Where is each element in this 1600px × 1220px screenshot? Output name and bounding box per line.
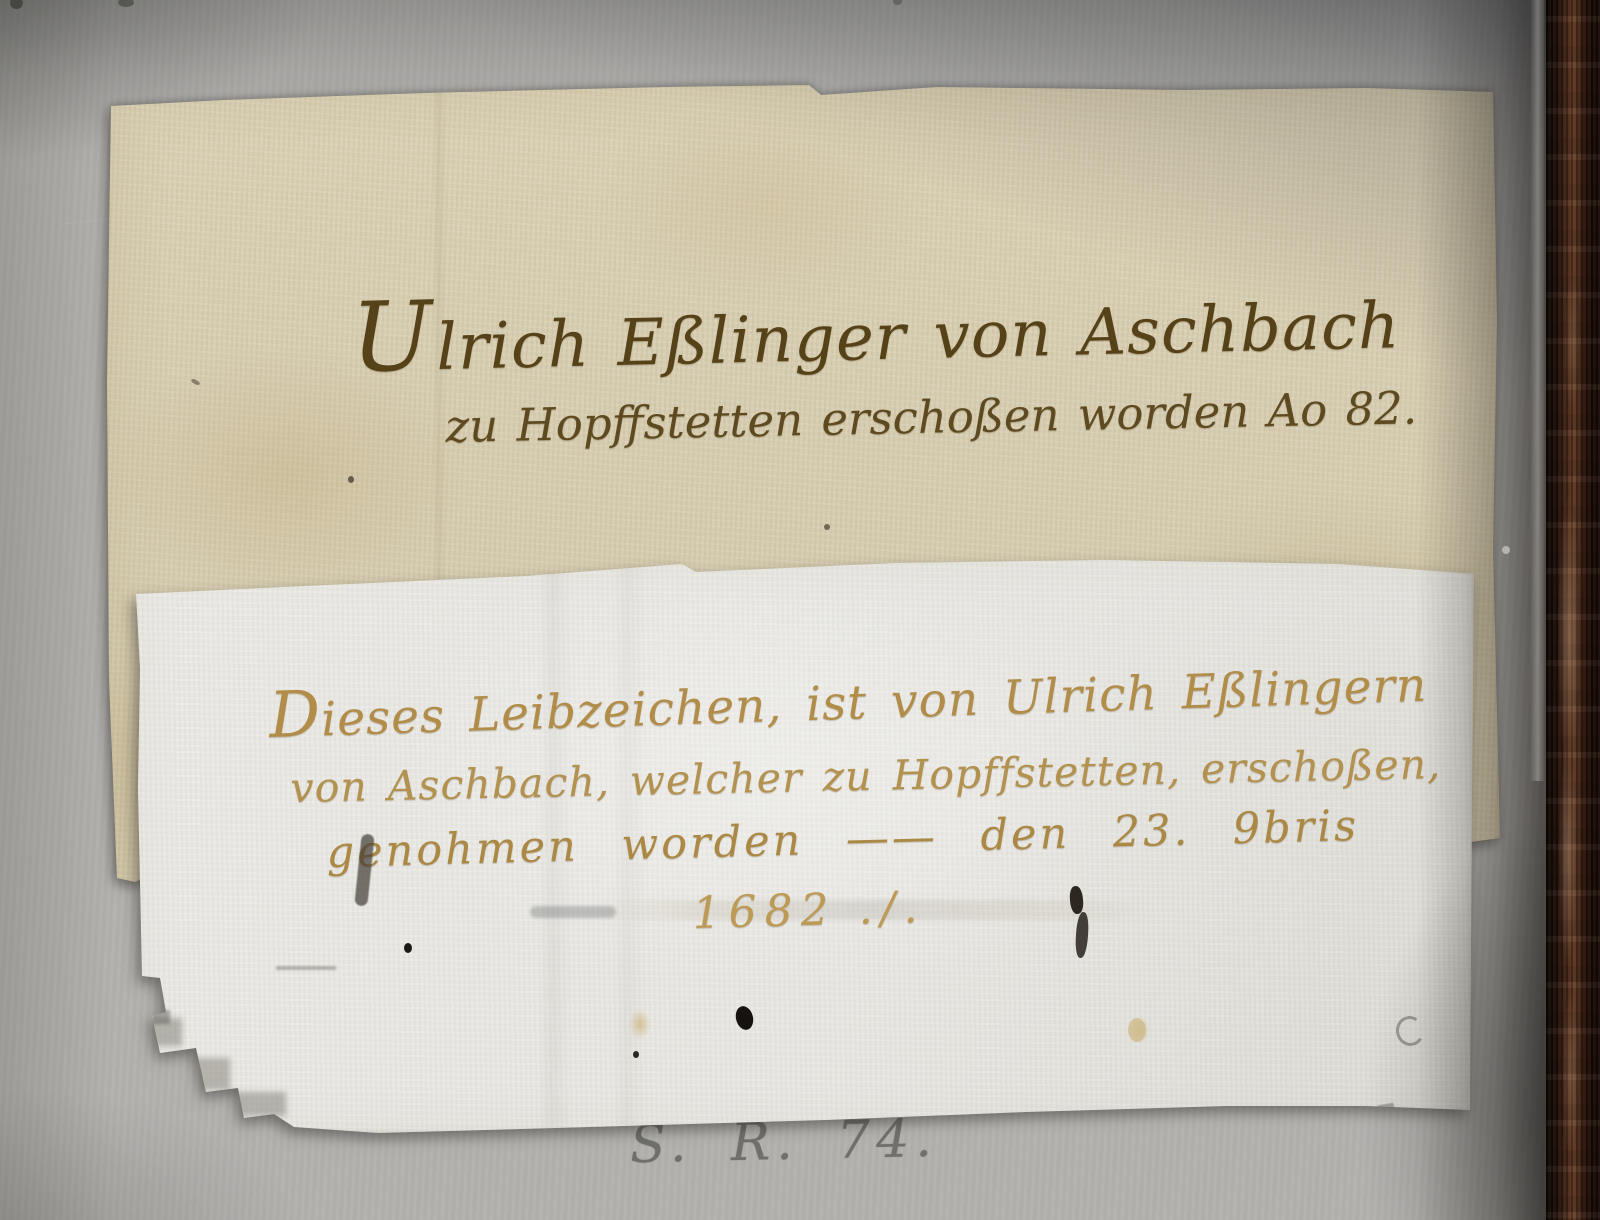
fiber-speck bbox=[191, 378, 201, 386]
parchment-line-1: Ulrich Eßlinger von Aschbach bbox=[350, 258, 1401, 394]
note-line-2: von Aschbach, welcher zu Hopffstetten, e… bbox=[290, 740, 1442, 812]
ink-dot bbox=[404, 943, 412, 953]
wood-frame-edge bbox=[1546, 0, 1600, 1220]
paper-note-wrap: Dieses Leibzeichen, ist von Ulrich Eßlin… bbox=[126, 548, 1478, 1136]
gray-smear bbox=[530, 906, 616, 918]
paper-stain bbox=[1128, 1018, 1146, 1042]
edge-smudge bbox=[222, 1092, 286, 1116]
dust-speck-light bbox=[1502, 546, 1510, 554]
ink-dot bbox=[733, 1004, 755, 1031]
note-line-4: 1682 ./. bbox=[692, 882, 926, 939]
ink-speck bbox=[348, 476, 354, 483]
ink-dot bbox=[633, 1051, 639, 1058]
pencil-squiggle bbox=[1378, 1103, 1395, 1112]
edge-smudge bbox=[152, 1010, 170, 1024]
archival-photograph: S. R. 74. Ulrich Eßlinger von Aschbach z… bbox=[0, 0, 1600, 1220]
note-line-3: genohmen worden —— den 23. 9bris bbox=[326, 801, 1360, 878]
parchment-line-2: zu Hopffstetten erschoßen worden Ao 82. bbox=[445, 381, 1418, 453]
pencil-mark-c bbox=[1393, 1013, 1427, 1048]
note-line-1: Dieses Leibzeichen, ist von Ulrich Eßlin… bbox=[268, 642, 1428, 752]
ink-speck bbox=[824, 524, 830, 530]
edge-smudge bbox=[182, 1058, 230, 1090]
fold-shadow bbox=[276, 966, 336, 970]
paper-note: Dieses Leibzeichen, ist von Ulrich Eßlin… bbox=[126, 548, 1478, 1136]
